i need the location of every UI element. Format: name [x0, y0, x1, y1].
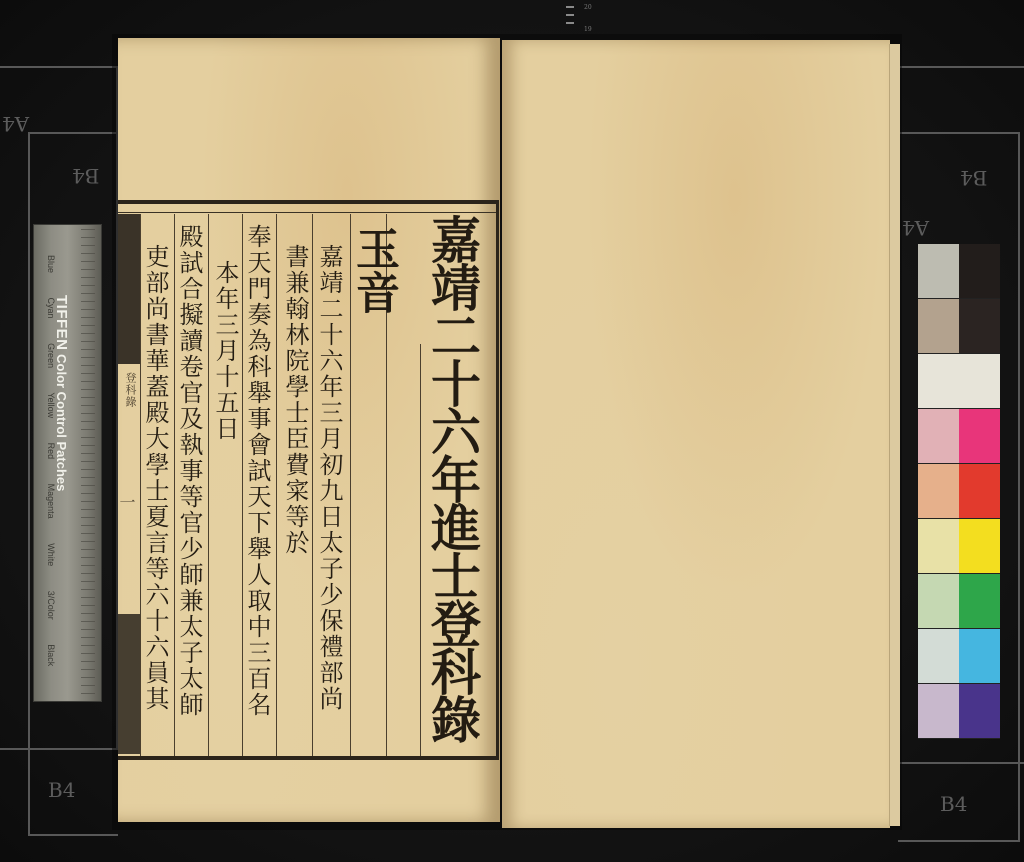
frame-inner-rule [118, 212, 496, 213]
color-patch [918, 409, 959, 463]
color-patch [918, 464, 959, 518]
body-column-2: 書兼翰林院學士臣費寀等於 [280, 244, 310, 556]
title-column: 嘉靖二十六年進士登科錄 [422, 214, 482, 742]
page-edges [889, 44, 900, 826]
ruler-number: 20 [584, 4, 592, 11]
guide-label-b4: B4 [940, 792, 967, 816]
tiffen-color-control-strip: Blue Cyan Green Yellow Red Magenta White… [33, 224, 102, 702]
patch-row [918, 519, 1000, 574]
color-patch [918, 244, 959, 298]
column-rule [312, 214, 313, 756]
color-patch [918, 354, 1000, 408]
patch-row [918, 574, 1000, 629]
color-patch [959, 629, 1000, 683]
patch-row [918, 684, 1000, 739]
body-column-4: 本年三月十五日 [210, 260, 240, 442]
color-patch [918, 519, 959, 573]
patch-row [918, 629, 1000, 684]
fishtail-mark-top [118, 214, 140, 364]
ruler-number: 19 [584, 26, 592, 33]
subtitle-column: 玉音 [348, 226, 398, 314]
centimeter-ruler [81, 229, 95, 697]
brand-name: TIFFEN [53, 295, 70, 351]
guide-label-a4: A4 [902, 216, 929, 240]
block-heart-page-number: 一 [120, 494, 138, 511]
color-patch [918, 629, 959, 683]
color-patch [918, 684, 959, 738]
color-patch [918, 299, 959, 353]
color-patch-target [918, 244, 1000, 732]
color-patch [959, 684, 1000, 738]
patch-row [918, 464, 1000, 519]
patch-row [918, 299, 1000, 354]
color-patch [959, 244, 1000, 298]
patch-row [918, 409, 1000, 464]
body-column-3: 奉天門奏為科舉事會試天下舉人取中三百名 [242, 224, 272, 718]
color-patch [959, 574, 1000, 628]
guide-label-a4: A4 [2, 112, 29, 136]
patch-row [918, 244, 1000, 299]
guide-label-b4: B4 [72, 164, 99, 188]
fishtail-mark-bottom [118, 614, 140, 754]
color-patch [918, 574, 959, 628]
patch-row [918, 354, 1000, 409]
body-column-5: 殿試合擬讀卷官及執事等官少師兼太子太師 [174, 224, 204, 718]
column-rule [208, 214, 209, 756]
color-patch [959, 409, 1000, 463]
printed-text-frame: 登科錄 一 嘉靖二十六年三月初九日太子少保禮部尚 書兼翰林院學士臣費寀等於 奉天… [118, 200, 499, 760]
block-heart-title: 登科錄 [120, 372, 138, 408]
guide-label-b4: B4 [48, 778, 75, 802]
guide-label-b4: B4 [960, 166, 987, 190]
tiffen-brand-label: TIFFEN Color Control Patches [53, 295, 70, 695]
body-column-1: 嘉靖二十六年三月初九日太子少保禮部尚 [314, 244, 344, 712]
column-rule [420, 344, 421, 756]
color-patch [959, 519, 1000, 573]
brand-subtitle: Color Control Patches [54, 354, 69, 491]
right-page-blank [502, 40, 890, 828]
body-column-6: 吏部尚書華蓋殿大學士夏言等六十六員其 [140, 244, 170, 712]
column-rule [276, 214, 277, 756]
color-patch [959, 464, 1000, 518]
top-ruler-ticks [566, 6, 576, 30]
color-patch [959, 299, 1000, 353]
